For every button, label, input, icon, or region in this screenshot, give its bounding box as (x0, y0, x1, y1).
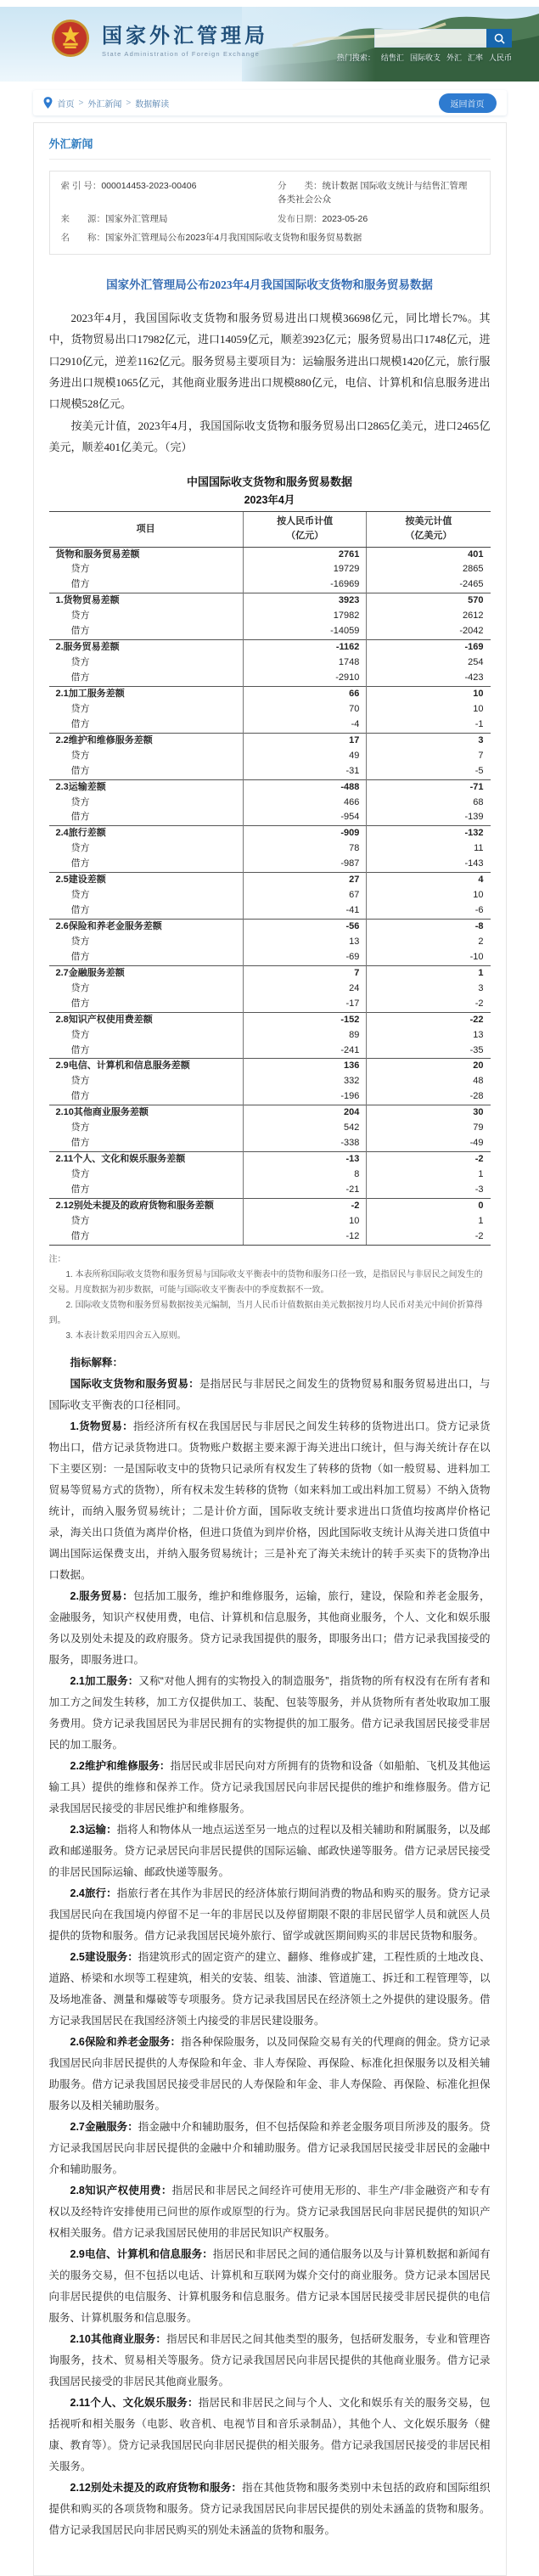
table-row: 2.3运输差额-488-71 (49, 779, 491, 795)
note-item: 1. 本表所称国际收支货物和服务贸易与国际收支平衡表中的货物和服务口径一致，是指… (49, 1268, 491, 1298)
definition-paragraph: 2.1加工服务：又称“对他人拥有的实物投入的制造服务”，指货物的所有权没有在所有… (49, 1671, 491, 1756)
table-row: 借方-31-5 (49, 764, 491, 779)
definitions: 国际收支货物和服务贸易：是指居民与非居民之间发生的货物贸易和服务贸易进出口，与国… (49, 1374, 491, 2541)
table-row: 贷方497 (49, 749, 491, 764)
definition-paragraph: 2.5建设服务：指建筑形式的固定资产的建立、翻修、维修或扩建，工程性质的土地改良… (49, 1947, 491, 2032)
table-row: 借方-14059-2042 (49, 624, 491, 639)
breadcrumb-items: 首页>外汇新闻>数据解读 (58, 97, 170, 110)
column-header-rmb: 按人民币计值 （亿元） (243, 512, 367, 547)
search-icon (494, 33, 505, 44)
meta-document-name: 名 称：国家外汇管理局公布2023年4月我国国际收支货物和服务贸易数据 (61, 232, 479, 245)
table-row: 2.8知识产权使用费差额-152-22 (49, 1012, 491, 1027)
national-emblem-icon (51, 19, 90, 58)
search-button[interactable] (486, 29, 512, 48)
definition-paragraph: 2.8知识产权使用费：指居民和非居民之间经许可使用无形的、非生产/非金融资产和专… (49, 2180, 491, 2244)
notes-label: 注： (49, 1252, 491, 1268)
hot-word-link[interactable]: 人民币 (489, 52, 512, 63)
location-pin-icon (43, 97, 53, 109)
definition-paragraph: 国际收支货物和服务贸易：是指居民与非居民之间发生的货物贸易和服务贸易进出口，与国… (49, 1374, 491, 1416)
table-row: 贷方46668 (49, 796, 491, 811)
definition-paragraph: 2.7金融服务：指金融中介和辅助服务，但不包括保险和养老金服务项目所涉及的服务。… (49, 2117, 491, 2180)
table-row: 借方-41-6 (49, 903, 491, 919)
table-row: 贷方7811 (49, 841, 491, 857)
definition-paragraph: 1.货物贸易：指经济所有权在我国居民与非居民之间发生转移的货物进出口。贷方记录货… (49, 1416, 491, 1586)
search-input[interactable] (374, 29, 486, 48)
hot-search-label: 热门搜索： (337, 52, 375, 63)
table-row: 2.6保险和养老金服务差额-56-8 (49, 920, 491, 935)
breadcrumb-item[interactable]: 外汇新闻 (87, 97, 121, 110)
table-row: 借方-16969-2465 (49, 577, 491, 593)
article-paragraph-1: 2023年4月，我国国际收支货物和服务贸易进出口规模36698亿元，同比增长7%… (49, 307, 491, 415)
definition-paragraph: 2.6保险和养老金服务：指各种保险服务，以及同保险交易有关的代理商的佣金。贷方记… (49, 2032, 491, 2117)
definition-paragraph: 2.3运输：指将人和物体从一地点运送至另一地点的过程以及相关辅助和附属服务，以及… (49, 1820, 491, 1883)
document-meta: 索 引 号：000014453-2023-00406 分 类：统计数据 国际收支… (49, 171, 491, 255)
breadcrumb-separator: > (126, 98, 131, 108)
table-row: 贷方132 (49, 935, 491, 950)
site-subtitle: State Administration of Foreign Exchange (102, 50, 268, 58)
table-row: 借方-241-35 (49, 1043, 491, 1059)
column-header-item: 项目 (49, 512, 244, 547)
breadcrumb-item[interactable]: 数据解读 (135, 97, 169, 110)
notes-list: 1. 本表所称国际收支货物和服务贸易与国际收支平衡表中的货物和服务口径一致，是指… (49, 1268, 491, 1344)
table-row: 借方-196-28 (49, 1089, 491, 1105)
hot-search-line: 热门搜索： 结售汇国际收支外汇汇率人民币 (337, 52, 512, 63)
table-row: 贷方7010 (49, 702, 491, 717)
breadcrumb-bar: 首页>外汇新闻>数据解读 返回首页 (33, 90, 507, 115)
table-row: 借方-21-3 (49, 1183, 491, 1198)
hot-words: 结售汇国际收支外汇汇率人民币 (381, 52, 512, 63)
meta-publish-date: 发布日期：2023-05-26 (278, 213, 479, 227)
table-row: 2.9电信、计算机和信息服务差额13620 (49, 1059, 491, 1074)
table-row: 借方-17-2 (49, 997, 491, 1012)
table-row: 1.货物贸易差额3923570 (49, 593, 491, 609)
table-row: 2.4旅行差额-909-132 (49, 826, 491, 841)
hot-word-link[interactable]: 国际收支 (410, 52, 441, 63)
meta-category: 分 类：统计数据 国际收支统计与结售汇管理 各类社会公众 (278, 180, 479, 207)
section-title: 外汇新闻 (49, 133, 491, 160)
table-row: 货物和服务贸易差额2761401 (49, 547, 491, 562)
table-row: 贷方33248 (49, 1074, 491, 1089)
trade-table-body: 货物和服务贸易差额2761401贷方197292865借方-16969-2465… (49, 547, 491, 1245)
table-row: 贷方179822612 (49, 609, 491, 624)
site-title: 国家外汇管理局 (102, 19, 268, 48)
article-title: 国家外汇管理局公布2023年4月我国国际收支货物和服务贸易数据 (58, 275, 482, 292)
table-row: 借方-954-139 (49, 810, 491, 825)
site-banner: 国家外汇管理局 State Administration of Foreign … (0, 7, 539, 82)
table-row: 贷方101 (49, 1214, 491, 1229)
search-bar (374, 29, 512, 48)
definition-paragraph: 2.9电信、计算机和信息服务：指居民和非居民之间的通信服务以及与计算机数据和新闻… (49, 2244, 491, 2329)
definition-paragraph: 2.11个人、文化娱乐服务：指居民和非居民之间与个人、文化和娱乐有关的服务交易，… (49, 2393, 491, 2478)
definition-paragraph: 2.10其他商业服务：指居民和非居民之间其他类型的服务，包括研发服务，专业和管理… (49, 2329, 491, 2393)
definition-paragraph: 2.12别处未提及的政府货物和服务：指在其他货物和服务类别中未包括的政府和国际组… (49, 2478, 491, 2541)
table-row: 贷方81 (49, 1167, 491, 1183)
site-brand: 国家外汇管理局 State Administration of Foreign … (51, 19, 268, 58)
definition-paragraph: 2.服务贸易：包括加工服务，维护和维修服务，运输，旅行，建设，保险和养老金服务，… (49, 1586, 491, 1671)
table-row: 2.服务贸易差额-1162-169 (49, 640, 491, 655)
table-subtitle: 2023年4月 (49, 492, 491, 507)
table-row: 借方-4-1 (49, 717, 491, 733)
table-row: 2.1加工服务差额6610 (49, 686, 491, 701)
table-row: 借方-987-143 (49, 857, 491, 872)
table-row: 贷方54279 (49, 1121, 491, 1136)
article-paragraph-2: 按美元计值，2023年4月，我国国际收支货物和服务贸易出口2865亿美元，进口2… (49, 415, 491, 458)
content-card: 外汇新闻 索 引 号：000014453-2023-00406 分 类：统计数据… (33, 122, 507, 2576)
table-row: 2.7金融服务差额71 (49, 965, 491, 981)
table-row: 2.5建设差额274 (49, 873, 491, 888)
table-row: 借方-2910-423 (49, 671, 491, 686)
definitions-heading: 指标解释： (49, 1353, 491, 1374)
table-title: 中国国际收支货物和服务贸易数据 (49, 473, 491, 489)
table-row: 贷方243 (49, 981, 491, 997)
definition-paragraph: 2.2维护和维修服务：指居民或非居民向对方所拥有的货物和设备（如船舶、飞机及其他… (49, 1756, 491, 1820)
table-header-row: 项目 按人民币计值 （亿元） 按美元计值 （亿美元） (49, 512, 491, 547)
notes-section: 注： 1. 本表所称国际收支货物和服务贸易与国际收支平衡表中的货物和服务口径一致… (49, 1252, 491, 1344)
column-header-usd: 按美元计值 （亿美元） (367, 512, 491, 547)
table-row: 2.11个人、文化和娱乐服务差额-13-2 (49, 1152, 491, 1167)
note-item: 2. 国际收支货物和服务贸易数据按美元编制，当月人民币计值数据由美元数据按月均人… (49, 1298, 491, 1329)
table-row: 2.10其他商业服务差额20430 (49, 1105, 491, 1121)
breadcrumb-separator: > (79, 98, 84, 108)
hot-word-link[interactable]: 汇率 (468, 52, 483, 63)
meta-index-number: 索 引 号：000014453-2023-00406 (61, 180, 278, 207)
table-row: 2.12别处未提及的政府货物和服务差额-20 (49, 1198, 491, 1213)
breadcrumb-item[interactable]: 首页 (58, 97, 75, 110)
table-row: 借方-12-2 (49, 1229, 491, 1245)
hot-word-link[interactable]: 外汇 (446, 52, 462, 63)
table-row: 借方-338-49 (49, 1136, 491, 1151)
home-button[interactable]: 返回首页 (439, 93, 497, 113)
table-row: 贷方197292865 (49, 562, 491, 577)
definition-paragraph: 2.4旅行：指旅行者在其作为非居民的经济体旅行期间消费的物品和购买的服务。贷方记… (49, 1883, 491, 1947)
hot-word-link[interactable]: 结售汇 (381, 52, 404, 63)
note-item: 3. 本表计数采用四舍五入原则。 (49, 1329, 491, 1344)
table-row: 贷方1748254 (49, 655, 491, 671)
table-row: 贷方6710 (49, 888, 491, 903)
meta-source: 来 源：国家外汇管理局 (61, 213, 278, 227)
table-row: 借方-69-10 (49, 950, 491, 965)
table-row: 2.2维护和维修服务差额173 (49, 733, 491, 748)
trade-data-table: 项目 按人民币计值 （亿元） 按美元计值 （亿美元） 货物和服务贸易差额2761… (49, 511, 491, 1245)
table-row: 贷方8913 (49, 1028, 491, 1043)
